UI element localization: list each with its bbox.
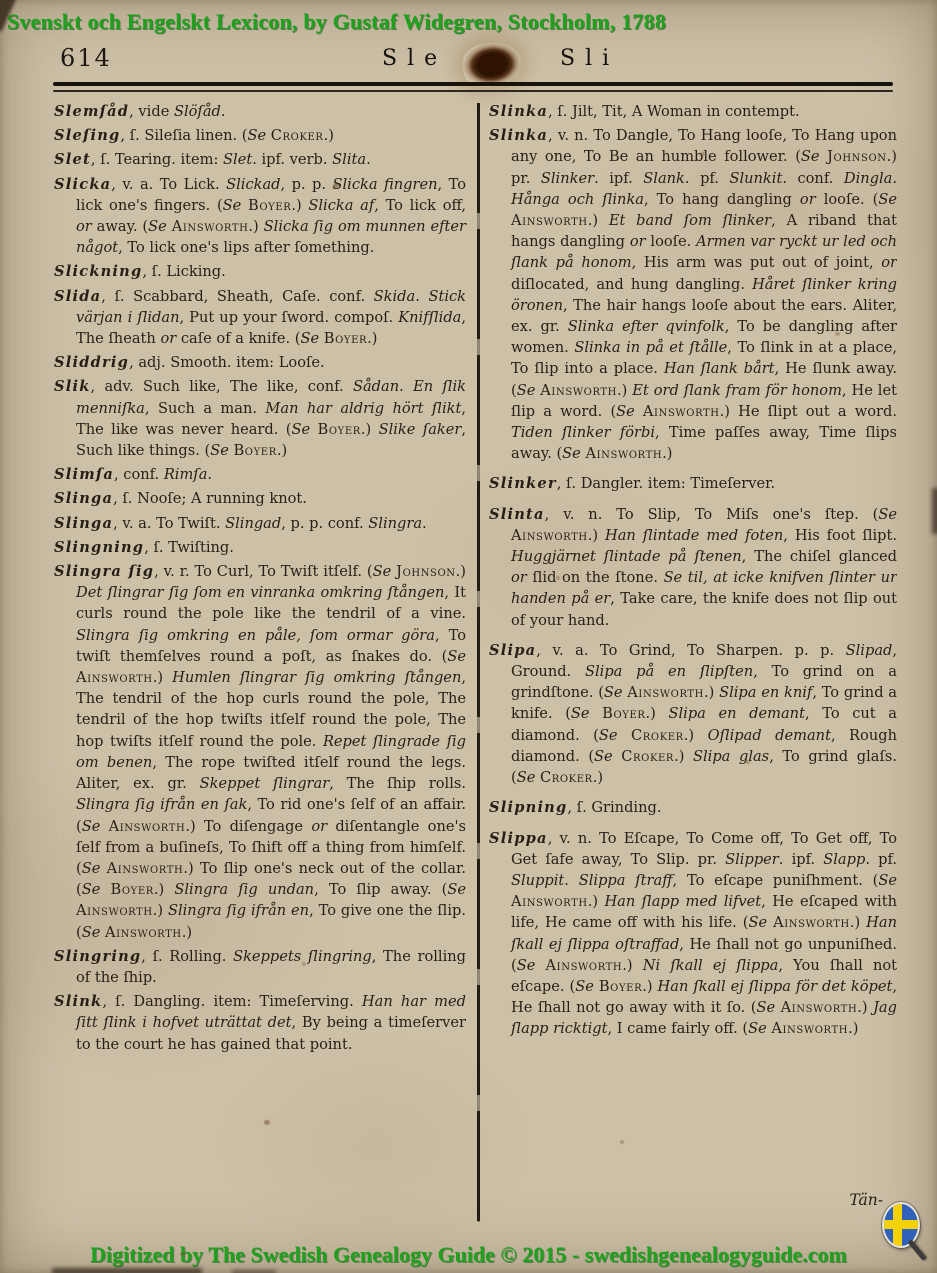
dictionary-entry: Slinka, v. n. To Dangle, To Hang looſe, …: [489, 125, 897, 464]
dictionary-entry: Sliddrig, adj. Smooth. item: Looſe.: [54, 352, 466, 373]
dictionary-entry: Slipa, v. a. To Grind, To Sharpen. p. p.…: [489, 640, 897, 788]
swedish-flag-magnifier-icon: [874, 1202, 928, 1266]
dictionary-entry: Slickning, ſ. Licking.: [54, 261, 466, 282]
dictionary-entry: Slingring, ſ. Rolling. Skeppets ſlingrin…: [54, 946, 466, 988]
page-number: 614: [60, 44, 112, 72]
dictionary-entry: Slink, ſ. Dangling. item: Timeſerving. H…: [54, 991, 466, 1055]
dictionary-entry: Slipning, ſ. Grinding.: [489, 797, 897, 818]
digitization-footer-banner: Digitized by The Swedish Genealogy Guide…: [0, 1242, 937, 1268]
dictionary-entry: Slinta, v. n. To Slip, To Miſs one's ſte…: [489, 504, 897, 631]
header-rule-thick: [53, 82, 893, 86]
header-rule-thin: [53, 90, 893, 92]
scan-smudge: [932, 488, 937, 534]
dictionary-entry: Slinga, v. a. To Twiſt. Slingad, p. p. c…: [54, 513, 466, 534]
dictionary-entry: Slet, ſ. Tearing. item: Slet. ipf. verb.…: [54, 149, 466, 170]
digitization-title-banner: Svenskt och Engelskt Lexicon, by Gustaf …: [7, 9, 666, 35]
dictionary-entry: Sleſing, ſ. Sileſia linen. (Se Croker.): [54, 125, 466, 146]
left-column: Slemſåd, vide Slöſåd.Sleſing, ſ. Sileſia…: [54, 101, 466, 1228]
right-column: Slinka, ſ. Jilt, Tit, A Woman in contemp…: [489, 101, 897, 1228]
running-title-left: Sle: [382, 46, 447, 71]
running-title-right: Sli: [560, 46, 619, 71]
dictionary-entry: Slinga, ſ. Nooſe; A running knot.: [54, 488, 466, 509]
scan-smudge: [52, 1268, 202, 1273]
dictionary-entry: Slik, adv. Such like, The like, conf. Så…: [54, 376, 466, 461]
dictionary-entry: Slemſåd, vide Slöſåd.: [54, 101, 466, 122]
dictionary-entry: Slinka, ſ. Jilt, Tit, A Woman in contemp…: [489, 101, 897, 122]
dictionary-entry: Slingning, ſ. Twiſting.: [54, 537, 466, 558]
dictionary-entry: Slingra ſig, v. r. To Curl, To Twiſt itſ…: [54, 561, 466, 943]
swedish-flag-icon: [882, 1202, 920, 1248]
dictionary-entry: Slicka, v. a. To Lick. Slickad, p. p. Sl…: [54, 174, 466, 259]
dictionary-entry: Slimſa, conf. Rimſa.: [54, 464, 466, 485]
scanned-dictionary-page: Svenskt och Engelskt Lexicon, by Gustaf …: [0, 0, 937, 1273]
magnifier-handle-icon: [908, 1239, 927, 1261]
dictionary-entry: Slippa, v. n. To Eſcape, To Come off, To…: [489, 828, 897, 1040]
dictionary-entry: Slinker, ſ. Dangler. item: Timeſerver.: [489, 473, 897, 494]
dictionary-body: Slemſåd, vide Slöſåd.Sleſing, ſ. Sileſia…: [54, 101, 897, 1228]
flag-cross-horizontal: [884, 1220, 918, 1229]
dictionary-entry: Slida, ſ. Scabbard, Sheath, Caſe. conf. …: [54, 286, 466, 350]
column-divider: [477, 103, 480, 1222]
